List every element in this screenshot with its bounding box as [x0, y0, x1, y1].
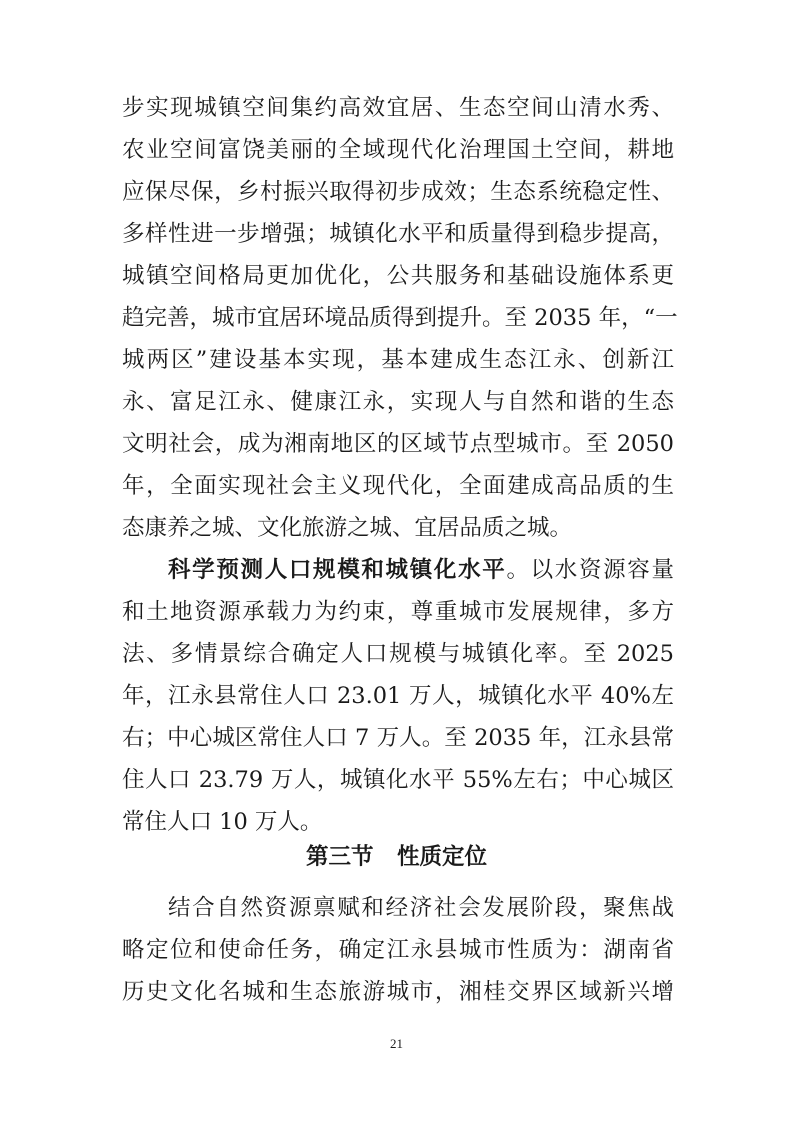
- text-line: 年，全面实现社会主义现代化，全面建成高品质的生: [122, 465, 674, 507]
- text-line: 步实现城镇空间集约高效宜居、生态空间山清水秀、: [122, 87, 674, 129]
- text-line: 多样性进一步增强；城镇化水平和质量得到稳步提高，: [122, 213, 674, 255]
- lead-line-rest: 。以水资源容量: [506, 557, 674, 583]
- text-line: 右；中心城区常住人口 7 万人。至 2035 年，江永县常: [122, 717, 674, 759]
- text-line: 法、多情景综合确定人口规模与城镇化率。至 2025: [122, 633, 674, 675]
- text-line: 永、富足江永、健康江永，实现人与自然和谐的生态: [122, 381, 674, 423]
- text-line: 农业空间富饶美丽的全域现代化治理国土空间，耕地: [122, 129, 674, 171]
- text-line: 城两区”建设基本实现，基本建成生态江永、创新江: [122, 339, 674, 381]
- text-line: 应保尽保，乡村振兴取得初步成效；生态系统稳定性、: [122, 171, 674, 213]
- text-line: 住人口 23.79 万人，城镇化水平 55%左右；中心城区: [122, 759, 674, 801]
- text-line: 态康养之城、文化旅游之城、宜居品质之城。: [122, 507, 674, 549]
- section-heading: 第三节 性质定位: [0, 836, 793, 878]
- text-line: 略定位和使命任务，确定江永县城市性质为：湖南省: [122, 929, 674, 971]
- text-line: 城镇空间格局更加优化，公共服务和基础设施体系更: [122, 255, 674, 297]
- text-line: 历史文化名城和生态旅游城市，湘桂交界区域新兴增: [122, 971, 674, 1013]
- page-number: 21: [0, 1036, 793, 1052]
- text-line: 趋完善，城市宜居环境品质得到提升。至 2035 年，“一: [122, 297, 674, 339]
- document-page: 步实现城镇空间集约高效宜居、生态空间山清水秀、 农业空间富饶美丽的全域现代化治理…: [0, 0, 793, 1122]
- text-line: 结合自然资源禀赋和经济社会发展阶段，聚焦战: [168, 887, 674, 929]
- text-line: 文明社会，成为湘南地区的区域节点型城市。至 2050: [122, 423, 674, 465]
- text-line-lead: 科学预测人口规模和城镇化水平。以水资源容量: [168, 549, 674, 591]
- bold-lead-phrase: 科学预测人口规模和城镇化水平: [168, 557, 506, 583]
- text-line: 年，江永县常住人口 23.01 万人，城镇化水平 40%左: [122, 675, 674, 717]
- text-line: 和土地资源承载力为约束，尊重城市发展规律，多方: [122, 591, 674, 633]
